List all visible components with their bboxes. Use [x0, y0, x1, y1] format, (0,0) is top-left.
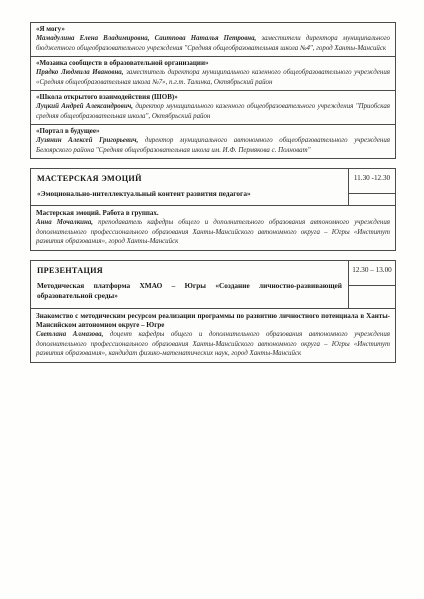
workshops-table: «Я могу» Мамадулина Елена Владимировна, … [30, 22, 396, 159]
emotion-workshop-table: МАСТЕРСКАЯ ЭМОЦИЙ «Эмоционально-интеллек… [30, 168, 396, 251]
section-title: МАСТЕРСКАЯ ЭМОЦИЙ [37, 174, 342, 183]
presentation-table: ПРЕЗЕНТАЦИЯ Методическая платформа ХМАО … [30, 260, 396, 363]
workshop-title: «Мозаика сообществ в образовательной орг… [36, 59, 390, 68]
workshop-row: «Мозаика сообществ в образовательной орг… [31, 56, 395, 90]
presenter-name: Лузянин Алексей Григорьевич, [36, 137, 138, 144]
workshop-description: Прядко Людмила Ивановна, заместитель дир… [36, 68, 390, 87]
activity-title: Знакомство с методическим ресурсом реали… [36, 312, 390, 331]
time-spacer [349, 286, 395, 307]
workshop-description: Луцкий Андрей Александрович, директор му… [36, 102, 390, 121]
presenter-name: Анна Мочалкина, [36, 219, 93, 226]
presenter-name: Мамадулина Елена Владимировна, Саитпова … [36, 35, 256, 42]
time-column: 11.30 -12.30 [349, 169, 395, 205]
activity-description: Светлана Алмазова, доцент кафедры общего… [36, 330, 390, 358]
section-subtitle: «Эмоционально-интеллектуальный контент р… [37, 189, 342, 199]
presentation-header-row: ПРЕЗЕНТАЦИЯ Методическая платформа ХМАО … [31, 261, 395, 308]
emotion-workshop-header-row: МАСТЕРСКАЯ ЭМОЦИЙ «Эмоционально-интеллек… [31, 169, 395, 206]
workshop-title: «Школа открытого взаимодействия (ШОВ)» [36, 93, 390, 102]
time-spacer [349, 194, 395, 205]
workshop-title: «Я могу» [36, 25, 390, 34]
document-page: «Я могу» Мамадулина Елена Владимировна, … [0, 0, 424, 599]
section-title: ПРЕЗЕНТАЦИЯ [37, 266, 342, 275]
presenter-name: Луцкий Андрей Александрович, [36, 103, 133, 110]
time-column: 12.30 – 13.00 [349, 261, 395, 307]
emotion-workshop-body-row: Мастерская эмоций. Работа в группах. Анн… [31, 206, 395, 250]
presenter-name: Прядко Людмила Ивановна, [36, 69, 123, 76]
section-subtitle: Методическая платформа ХМАО – Югры «Созд… [37, 281, 342, 301]
workshop-description: Лузянин Алексей Григорьевич, директор му… [36, 136, 390, 155]
workshop-row: «Школа открытого взаимодействия (ШОВ)» Л… [31, 90, 395, 124]
time-value: 11.30 -12.30 [349, 169, 395, 194]
emotion-workshop-header-cell: МАСТЕРСКАЯ ЭМОЦИЙ «Эмоционально-интеллек… [31, 169, 349, 205]
workshop-row: «Портал в будущее» Лузянин Алексей Григо… [31, 124, 395, 158]
time-value: 12.30 – 13.00 [349, 261, 395, 286]
presenter-name: Светлана Алмазова, [36, 331, 103, 338]
workshop-row: «Я могу» Мамадулина Елена Владимировна, … [31, 23, 395, 56]
presentation-header-cell: ПРЕЗЕНТАЦИЯ Методическая платформа ХМАО … [31, 261, 349, 307]
presentation-body-row: Знакомство с методическим ресурсом реали… [31, 309, 395, 363]
activity-title: Мастерская эмоций. Работа в группах. [36, 209, 390, 218]
workshop-title: «Портал в будущее» [36, 127, 390, 136]
workshop-description: Мамадулина Елена Владимировна, Саитпова … [36, 34, 390, 53]
activity-description: Анна Мочалкина, преподаватель кафедры об… [36, 218, 390, 246]
